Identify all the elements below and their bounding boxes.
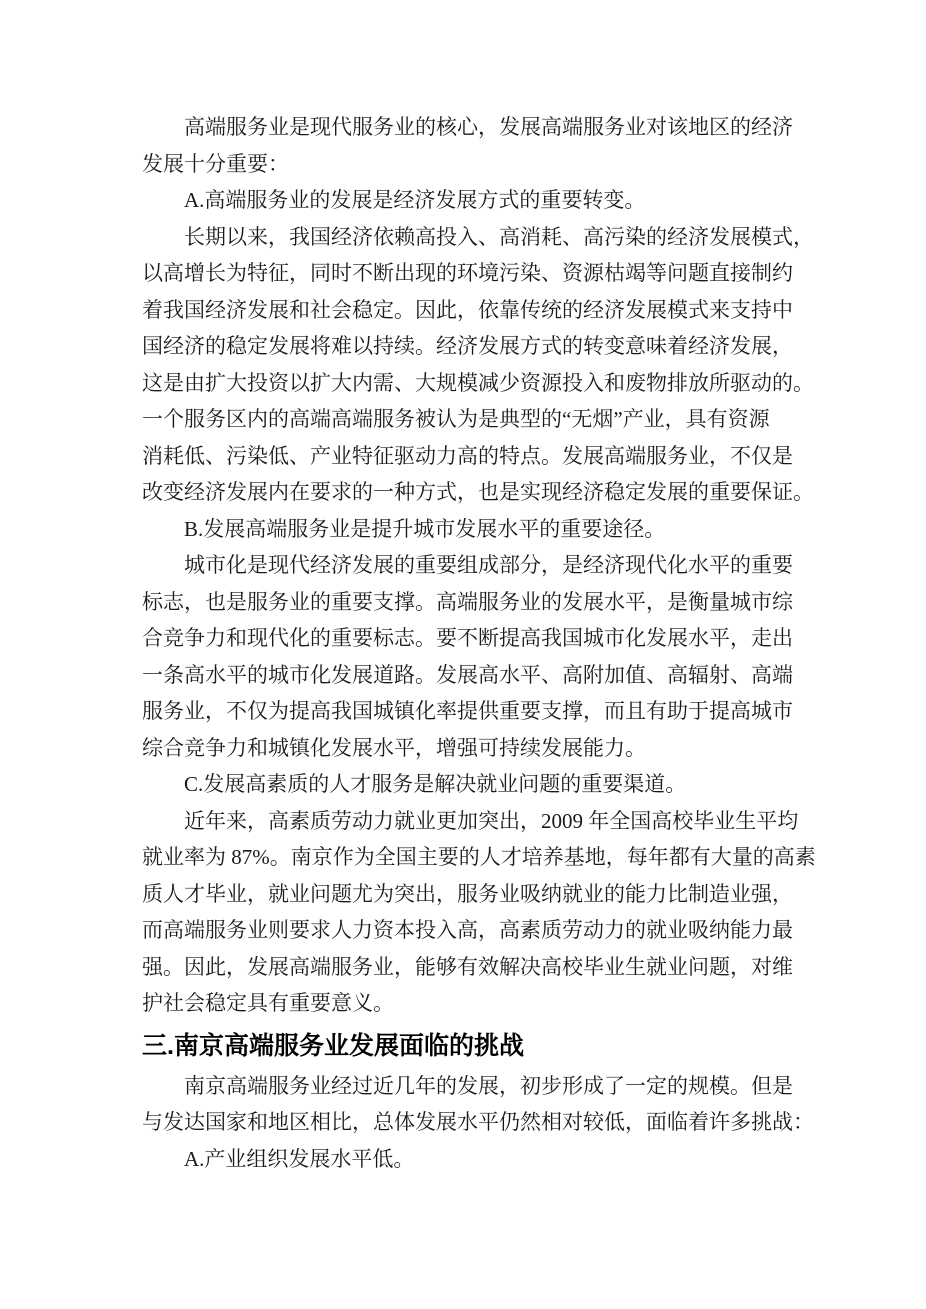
paragraph: 南京高端服务业经过近几年的发展，初步形成了一定的规模。但是与发达国家和地区相比，… bbox=[142, 1068, 842, 1141]
text-line: 国经济的稳定发展将难以持续。经济发展方式的转变意味着经济发展， bbox=[142, 328, 842, 365]
text-line: 改变经济发展内在要求的一种方式，也是实现经济稳定发展的重要保证。 bbox=[142, 474, 842, 511]
paragraph: B.发展高端服务业是提升城市发展水平的重要途径。 bbox=[142, 511, 842, 548]
text-line: 着我国经济发展和社会稳定。因此，依靠传统的经济发展模式来支持中 bbox=[142, 292, 842, 329]
paragraph: C.发展高素质的人才服务是解决就业问题的重要渠道。 bbox=[142, 766, 842, 803]
section-heading-block: 三.南京高端服务业发展面临的挑战 bbox=[142, 1024, 842, 1068]
text-line: 强。因此，发展高端服务业，能够有效解决高校毕业生就业问题，对维 bbox=[142, 949, 842, 986]
paragraph: 高端服务业是现代服务业的核心，发展高端服务业对该地区的经济发展十分重要： bbox=[142, 109, 842, 182]
text-line: 这是由扩大投资以扩大内需、大规模减少资源投入和废物排放所驱动的。 bbox=[142, 365, 842, 402]
text-line: 就业率为 87%。南京作为全国主要的人才培养基地，每年都有大量的高素 bbox=[142, 839, 842, 876]
text-line: 长期以来，我国经济依赖高投入、高消耗、高污染的经济发展模式， bbox=[142, 219, 842, 256]
text-line: 综合竞争力和城镇化发展水平，增强可持续发展能力。 bbox=[142, 730, 842, 767]
document-content: 高端服务业是现代服务业的核心，发展高端服务业对该地区的经济发展十分重要： A.高… bbox=[142, 109, 842, 1177]
text-line: 发展十分重要： bbox=[142, 146, 842, 183]
paragraph: 长期以来，我国经济依赖高投入、高消耗、高污染的经济发展模式，以高增长为特征，同时… bbox=[142, 219, 842, 511]
text-line: 南京高端服务业经过近几年的发展，初步形成了一定的规模。但是 bbox=[142, 1068, 842, 1105]
text-line: 服务业，不仅为提高我国城镇化率提供重要支撑，而且有助于提高城市 bbox=[142, 693, 842, 730]
text-line: 合竞争力和现代化的重要标志。要不断提高我国城市化发展水平，走出 bbox=[142, 620, 842, 657]
paragraph: A.产业组织发展水平低。 bbox=[142, 1141, 842, 1178]
text-line: 与发达国家和地区相比，总体发展水平仍然相对较低，面临着许多挑战： bbox=[142, 1104, 842, 1141]
text-line: C.发展高素质的人才服务是解决就业问题的重要渠道。 bbox=[142, 766, 842, 803]
section-heading: 三.南京高端服务业发展面临的挑战 bbox=[142, 1024, 842, 1068]
paragraph: A.高端服务业的发展是经济发展方式的重要转变。 bbox=[142, 182, 842, 219]
text-line: 而高端服务业则要求人力资本投入高，高素质劳动力的就业吸纳能力最 bbox=[142, 912, 842, 949]
text-line: 以高增长为特征，同时不断出现的环境污染、资源枯竭等问题直接制约 bbox=[142, 255, 842, 292]
text-line: B.发展高端服务业是提升城市发展水平的重要途径。 bbox=[142, 511, 842, 548]
text-line: 一个服务区内的高端高端服务被认为是典型的“无烟”产业，具有资源 bbox=[142, 401, 842, 438]
text-line: A.高端服务业的发展是经济发展方式的重要转变。 bbox=[142, 182, 842, 219]
text-line: A.产业组织发展水平低。 bbox=[142, 1141, 842, 1178]
paragraph: 城市化是现代经济发展的重要组成部分，是经济现代化水平的重要标志，也是服务业的重要… bbox=[142, 547, 842, 766]
text-line: 护社会稳定具有重要意义。 bbox=[142, 985, 842, 1022]
text-line: 一条高水平的城市化发展道路。发展高水平、高附加值、高辐射、高端 bbox=[142, 657, 842, 694]
text-line: 近年来，高素质劳动力就业更加突出，2009 年全国高校毕业生平均 bbox=[142, 803, 842, 840]
text-line: 消耗低、污染低、产业特征驱动力高的特点。发展高端服务业，不仅是 bbox=[142, 438, 842, 475]
text-line: 高端服务业是现代服务业的核心，发展高端服务业对该地区的经济 bbox=[142, 109, 842, 146]
paragraph: 近年来，高素质劳动力就业更加突出，2009 年全国高校毕业生平均就业率为 87%… bbox=[142, 803, 842, 1022]
document-page: 高端服务业是现代服务业的核心，发展高端服务业对该地区的经济发展十分重要： A.高… bbox=[0, 0, 926, 1309]
text-line: 标志，也是服务业的重要支撑。高端服务业的发展水平，是衡量城市综 bbox=[142, 584, 842, 621]
text-line: 城市化是现代经济发展的重要组成部分，是经济现代化水平的重要 bbox=[142, 547, 842, 584]
text-line: 质人才毕业，就业问题尤为突出，服务业吸纳就业的能力比制造业强， bbox=[142, 876, 842, 913]
